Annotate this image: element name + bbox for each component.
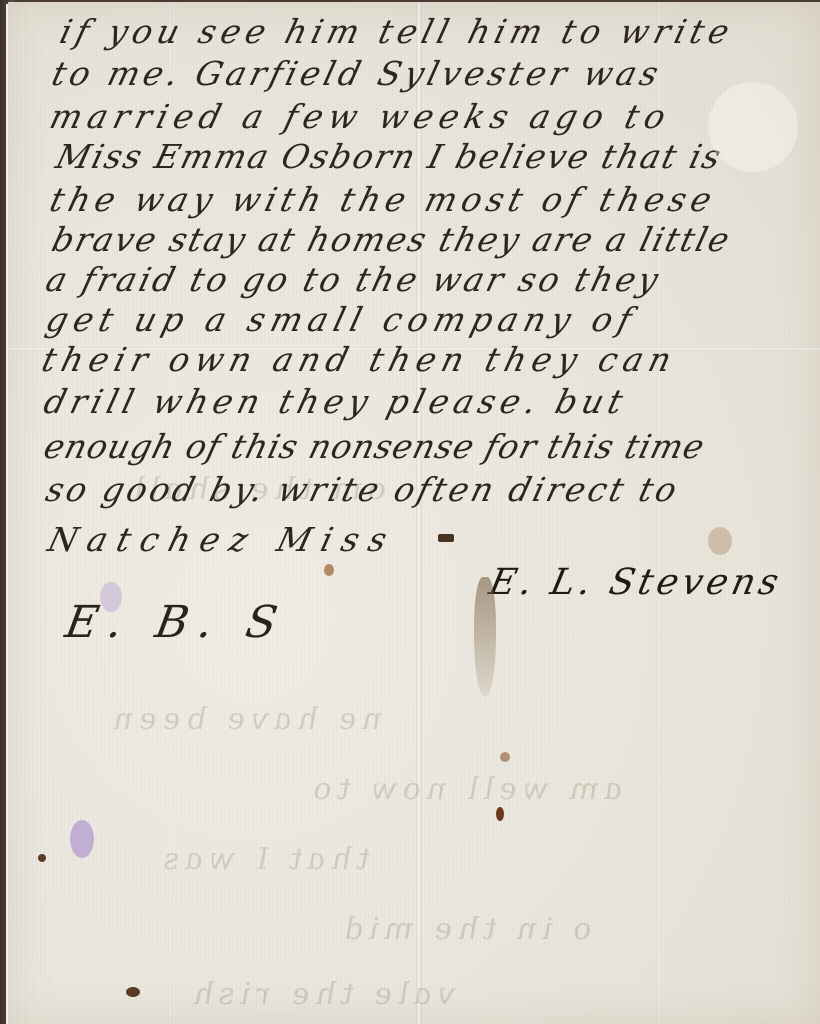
letter-line: married a few weeks ago to: [46, 97, 676, 136]
stain-spot: [500, 752, 510, 762]
letter-line: their own and then they can: [38, 340, 681, 379]
ink-drip-stain: [474, 577, 496, 697]
stain-spot: [324, 564, 334, 576]
stain-spot: [496, 807, 504, 821]
bleed-through-line: o in the mid: [332, 912, 599, 947]
letter-line: the way with the most of these: [46, 180, 721, 219]
stain-spot: [126, 987, 140, 997]
water-mark-circle: [708, 82, 798, 172]
bleed-through-line: vale the rish: [182, 977, 462, 1012]
letter-line: brave stay at homes they are a little: [48, 220, 735, 259]
violet-mark: [70, 820, 94, 858]
letter-line: drill when they please. but: [40, 382, 632, 421]
letter-line: if you see him tell him to write: [56, 12, 738, 51]
letter-line: Miss Emma Osborn I believe that is: [52, 137, 727, 176]
signature: E. L. Stevens: [486, 562, 786, 603]
letter-line: Natchez Miss: [44, 520, 401, 559]
letter-page: om the shall ne have been am well now to…: [8, 2, 820, 1024]
letter-line: enough of this nonsense for this time: [40, 427, 709, 466]
initials: E. B. S: [62, 597, 292, 648]
letter-line: a fraid to go to the war so they: [42, 260, 665, 299]
ink-blot: [438, 534, 454, 542]
stain-spot: [708, 527, 732, 555]
violet-mark-faint: [100, 582, 122, 612]
bleed-through-line: that I was: [152, 842, 376, 877]
bleed-through-line: am well now to: [302, 772, 629, 807]
bleed-through-line: ne have been: [102, 702, 389, 737]
letter-line: get up a small company of: [42, 300, 642, 339]
letter-line: so good by. write often direct to: [42, 470, 684, 509]
letter-line: to me. Garfield Sylvester was: [48, 54, 666, 93]
stain-spot: [38, 854, 46, 862]
